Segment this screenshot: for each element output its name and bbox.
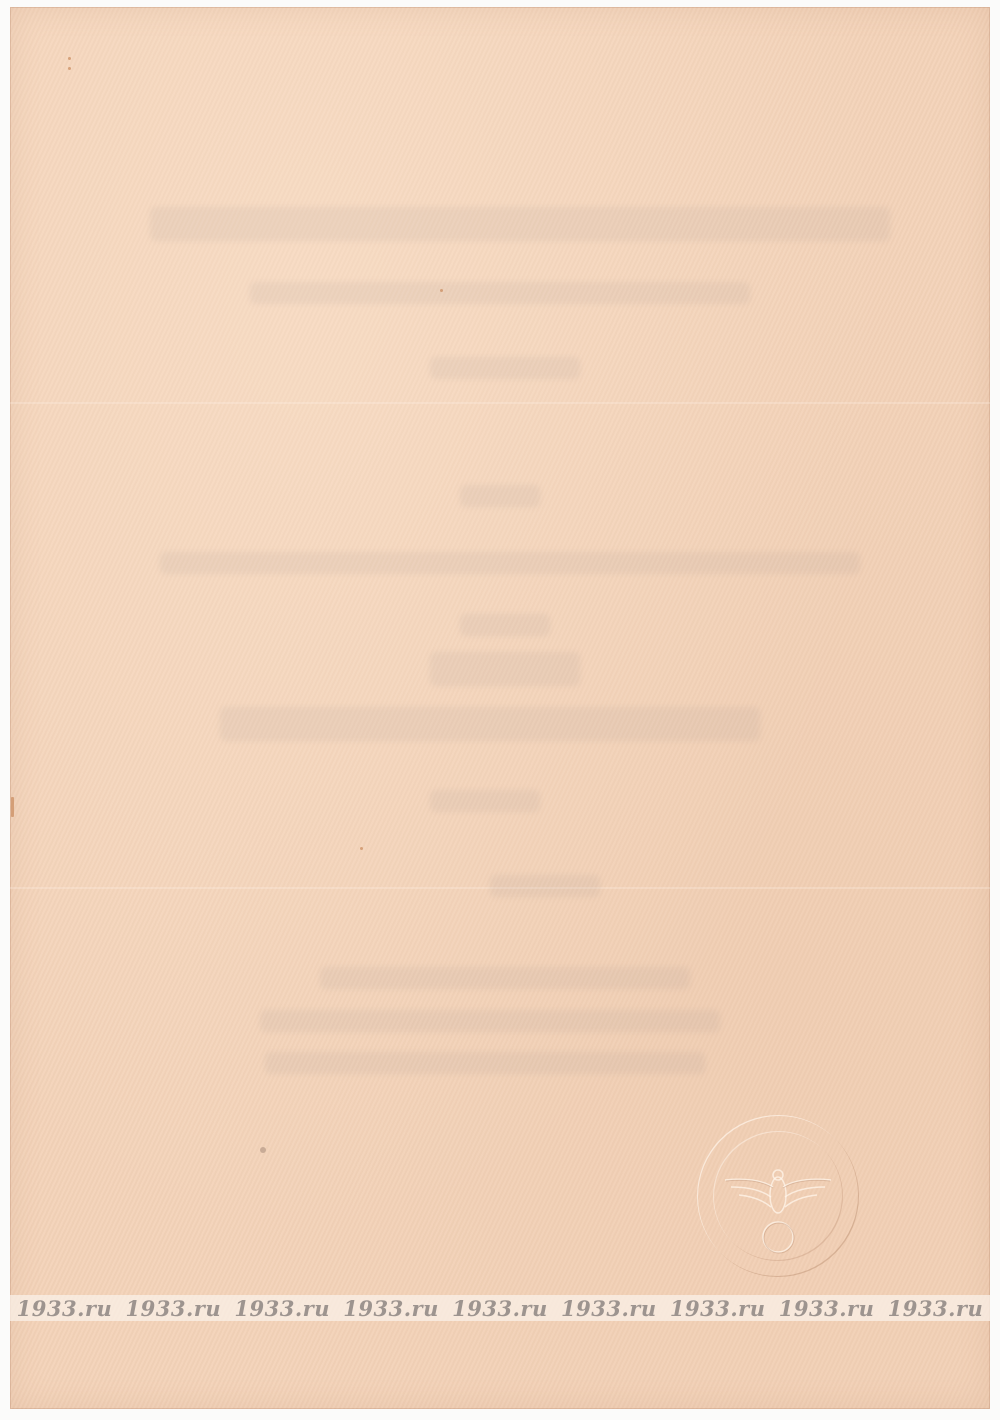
show-through-line xyxy=(460,485,540,507)
show-through-line xyxy=(320,967,690,989)
watermark-text: 1933.ru xyxy=(670,1296,766,1321)
paper-crease xyxy=(10,402,990,404)
paper-speck xyxy=(68,67,71,70)
paper-speck xyxy=(440,289,443,292)
watermark-text: 1933.ru xyxy=(561,1296,657,1321)
show-through-line xyxy=(250,282,750,304)
watermark-strip: 1933.ru 1933.ru 1933.ru 1933.ru 1933.ru … xyxy=(10,1295,990,1321)
paper-speck xyxy=(68,57,71,60)
show-through-line xyxy=(490,875,600,897)
paper-speck xyxy=(360,847,363,850)
show-through-line xyxy=(430,790,540,812)
watermark-text: 1933.ru xyxy=(888,1296,984,1321)
show-through-line xyxy=(160,552,860,574)
watermark-text: 1933.ru xyxy=(234,1296,330,1321)
show-through-line xyxy=(430,652,580,686)
watermark-text: 1933.ru xyxy=(17,1296,113,1321)
embossed-seal xyxy=(697,1115,859,1277)
show-through-line xyxy=(220,707,760,741)
watermark-text: 1933.ru xyxy=(126,1296,222,1321)
show-through-line xyxy=(460,614,550,636)
eagle-emblem-icon xyxy=(697,1115,859,1277)
paper-speck xyxy=(11,797,14,817)
paper-speck xyxy=(260,1147,266,1153)
show-through-line xyxy=(430,357,580,379)
watermark-text: 1933.ru xyxy=(779,1296,875,1321)
watermark-text: 1933.ru xyxy=(452,1296,548,1321)
watermark-text: 1933.ru xyxy=(343,1296,439,1321)
show-through-line xyxy=(265,1052,705,1074)
show-through-line xyxy=(260,1010,720,1032)
show-through-line xyxy=(150,207,890,241)
